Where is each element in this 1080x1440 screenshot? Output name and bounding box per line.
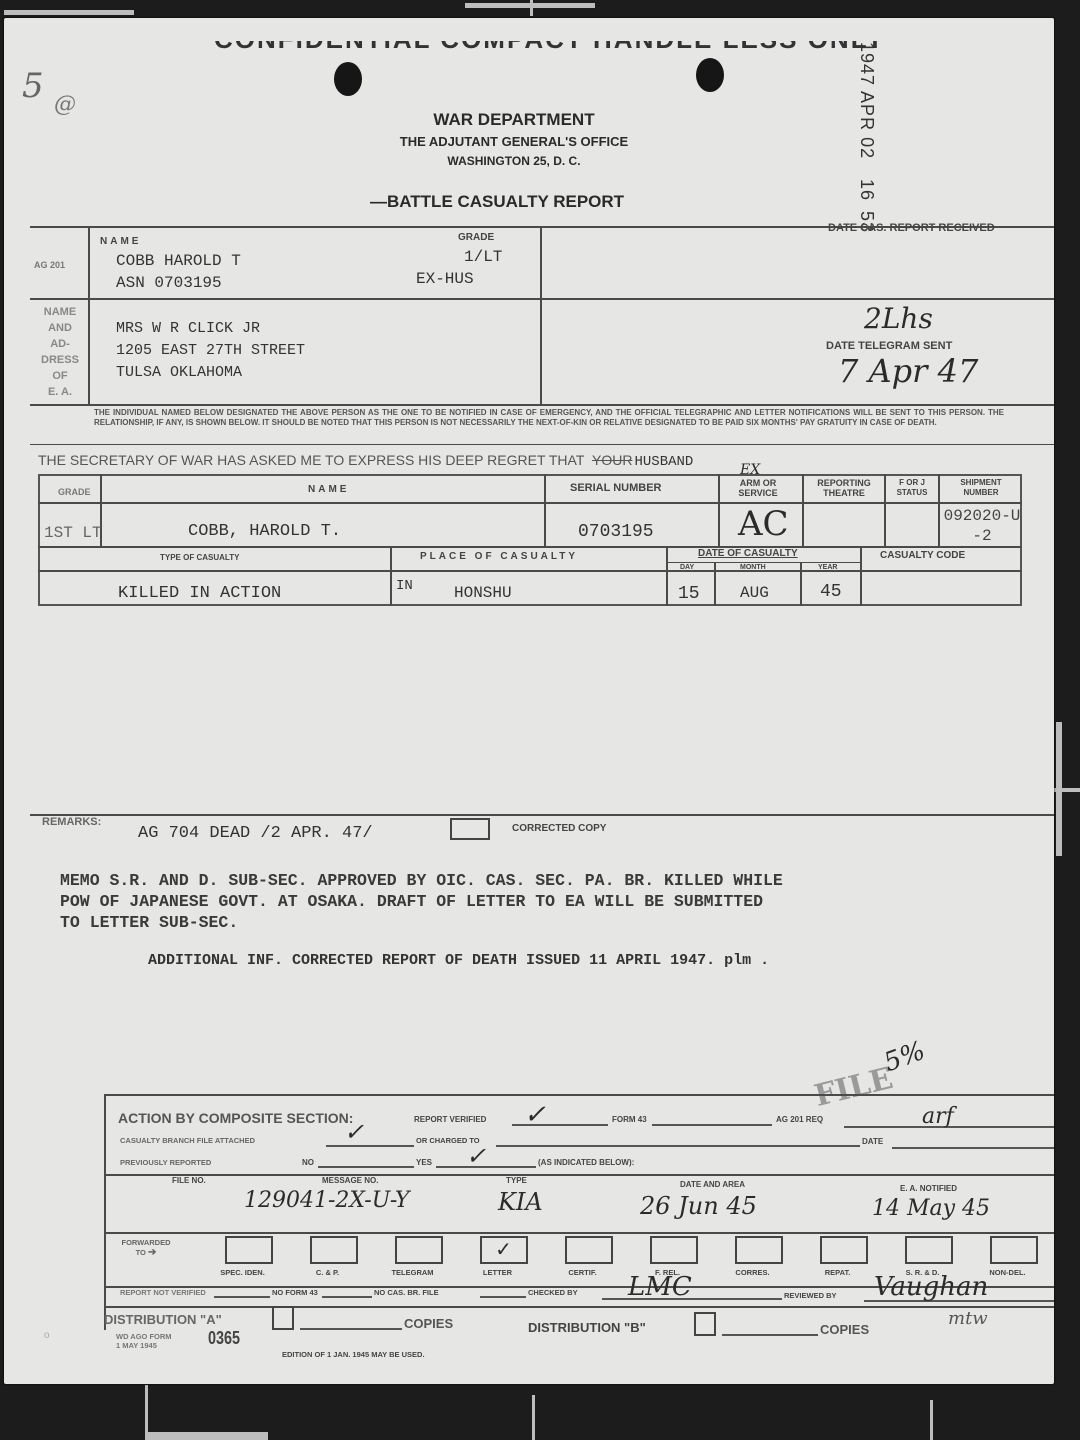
reviewed-by-label: REVIEWED BY — [784, 1291, 837, 1300]
divider — [30, 814, 1054, 816]
no-field[interactable] — [318, 1166, 414, 1168]
divider — [666, 546, 668, 606]
th-code: CASUALTY CODE — [880, 550, 965, 561]
form43-label: FORM 43 — [612, 1115, 647, 1124]
remarks-memo: MEMO S.R. AND D. SUB-SEC. APPROVED BY OI… — [60, 870, 783, 933]
form43-field[interactable] — [652, 1124, 772, 1126]
th-status: F OR J STATUS — [888, 478, 936, 498]
td-arm: AC — [738, 504, 789, 544]
notice-text: THE INDIVIDUAL NAMED BELOW DESIGNATED TH… — [94, 408, 1004, 428]
date-received-label: DATE CAS. REPORT RECEIVED — [828, 222, 995, 234]
action-title: ACTION BY COMPOSITE SECTION: — [118, 1110, 353, 1126]
reviewed-by-value: Vaughan — [874, 1272, 988, 1302]
col-message-no: MESSAGE NO. — [322, 1176, 378, 1185]
office-name: THE ADJUTANT GENERAL'S OFFICE — [304, 134, 724, 149]
punch-hole-right — [696, 58, 724, 92]
arrow-right-icon: ➔ — [148, 1247, 156, 1258]
soldier-asn: ASN 0703195 — [116, 274, 222, 292]
ea-city: TULSA OKLAHOMA — [116, 362, 305, 384]
forward-item-telegram: TELEGRAM — [370, 1236, 455, 1277]
file-stamp: FILE — [811, 1061, 896, 1114]
yes-label: YES — [416, 1158, 432, 1167]
branch-file-field[interactable] — [326, 1145, 414, 1147]
forward-item-cp: C. & P. — [285, 1236, 370, 1277]
divider — [104, 1094, 1054, 1096]
distribution-a-copies-field[interactable] — [300, 1328, 402, 1330]
date-label: DATE — [862, 1137, 883, 1146]
date-telegram-value: 7 Apr 47 — [838, 352, 978, 390]
distribution-a-label: DISTRIBUTION "A" — [104, 1312, 222, 1327]
distribution-a-checkbox[interactable] — [272, 1306, 294, 1330]
no-label: NO — [302, 1158, 314, 1167]
th-shipment: SHIPMENT NUMBER — [942, 478, 1020, 498]
divider — [38, 546, 1022, 548]
corner-mark: 5 — [22, 66, 44, 106]
th-arm: ARM OR SERVICE — [728, 478, 788, 498]
relationship: EX-HUS — [416, 270, 474, 288]
divider — [88, 228, 90, 404]
divider — [390, 546, 392, 606]
relation-word: HUSBAND — [634, 454, 693, 470]
soldier-grade: 1/LT — [464, 248, 502, 266]
forward-item-non-del: NON-DEL. — [965, 1236, 1050, 1277]
col-type: TYPE — [506, 1176, 527, 1185]
bg-rail — [930, 1400, 933, 1440]
bg-rail — [1052, 788, 1080, 792]
divider — [884, 474, 886, 546]
message-no-value: 129041-2X-U-Y — [244, 1188, 409, 1213]
header: WAR DEPARTMENT THE ADJUTANT GENERAL'S OF… — [304, 110, 724, 168]
distribution-b-copies: COPIES — [820, 1322, 869, 1337]
type-value: KIA — [498, 1188, 543, 1216]
stamp-time: 16 — [856, 179, 877, 201]
divider — [718, 474, 720, 546]
stamp-date: 1947 APR 02 — [857, 42, 877, 159]
remarks-additional: ADDITIONAL INF. CORRECTED REPORT OF DEAT… — [148, 952, 769, 969]
grade-label: GRADE — [458, 232, 494, 243]
checked-by-label: CHECKED BY — [528, 1288, 578, 1297]
divider — [802, 474, 804, 546]
footer-mark: o — [44, 1330, 50, 1341]
distribution-b-checkbox[interactable] — [694, 1312, 716, 1336]
checked-by-value: LMC — [628, 1272, 692, 1302]
date-area-value: 26 Jun 45 — [640, 1192, 757, 1220]
ea-label: NAME AND AD- DRESS OF E. A. — [32, 304, 88, 400]
td-serial: 0703195 — [578, 522, 654, 542]
ea-street: 1205 EAST 27TH STREET — [116, 340, 305, 362]
forward-checkbox-checked[interactable]: ✓ — [480, 1236, 528, 1264]
th-serial: SERIAL NUMBER — [570, 482, 661, 494]
distribution-b-label: DISTRIBUTION "B" — [528, 1320, 646, 1335]
office-address: WASHINGTON 25, D. C. — [304, 154, 724, 168]
td-shipment: 092020-U-2 — [942, 506, 1022, 546]
divider — [38, 570, 1022, 572]
remarks-line1: AG 704 DEAD /2 APR. 47/ — [138, 824, 373, 843]
date-telegram-label: DATE TELEGRAM SENT — [826, 340, 952, 352]
casualty-report-page: CONFIDENTIAL COMPACT HANDLE LESS ONLY 5 … — [4, 18, 1054, 1384]
divider — [104, 1094, 106, 1330]
struck-word: YOUR — [592, 452, 632, 468]
corrected-copy-checkbox[interactable] — [450, 818, 490, 840]
distribution-a-copies: COPIES — [404, 1316, 453, 1331]
forward-item-letter: ✓ LETTER — [455, 1236, 540, 1277]
divider — [30, 298, 1054, 300]
no-cas-file-field[interactable] — [480, 1296, 526, 1298]
forward-item-srd: S. R. & D. — [880, 1236, 965, 1277]
bg-rail — [530, 0, 533, 16]
ea-notified-value: 14 May 45 — [872, 1196, 990, 1221]
divider — [938, 474, 940, 546]
td-type: KILLED IN ACTION — [118, 584, 281, 603]
punch-hole-left — [334, 62, 362, 96]
top-cut-text: CONFIDENTIAL COMPACT HANDLE LESS ONLY — [214, 24, 886, 55]
forward-item-f-rel: F. REL. — [625, 1236, 710, 1277]
th-day: DAY — [680, 564, 694, 571]
th-year: YEAR — [818, 564, 837, 571]
th-grade: GRADE — [58, 487, 91, 497]
forward-checkbox[interactable] — [820, 1236, 868, 1264]
distribution-b-copies-field[interactable] — [722, 1334, 818, 1336]
divider — [800, 562, 802, 606]
file-handwritten: 5% — [880, 1036, 929, 1078]
no-form43-label: NO FORM 43 — [272, 1288, 318, 1297]
forwarded-to-label: FORWARDED TO ➔ — [118, 1238, 174, 1258]
divider — [544, 474, 546, 546]
received-stamp: 1947 APR 02 16 53 — [856, 42, 877, 233]
divider — [668, 562, 860, 563]
divider — [104, 1306, 1054, 1308]
no-form43-field[interactable] — [322, 1296, 372, 1298]
no-cas-file-label: NO CAS. BR. FILE — [374, 1288, 439, 1297]
forward-item-repat: REPAT. — [795, 1236, 880, 1277]
date-field[interactable] — [892, 1147, 1054, 1149]
report-verified-label: REPORT VERIFIED — [414, 1115, 486, 1124]
not-verified-field[interactable] — [214, 1296, 270, 1298]
ea-name: MRS W R CLICK JR — [116, 318, 305, 340]
col-ea-notified: E. A. NOTIFIED — [900, 1184, 957, 1193]
corner-circle-mark: @ — [54, 92, 76, 117]
as-indicated-label: (AS INDICATED BELOW): — [538, 1158, 634, 1167]
check-mark: ✓ — [466, 1142, 486, 1170]
th-month: MONTH — [740, 564, 766, 571]
divider — [540, 228, 542, 404]
td-name: COBB, HAROLD T. — [188, 522, 341, 541]
col-date-area: DATE AND AREA — [680, 1180, 745, 1189]
td-place-prefix: IN — [396, 578, 413, 594]
forward-item-certif: CERTIF. — [540, 1236, 625, 1277]
forward-item-spec-iden: SPEC. IDEN. — [200, 1236, 285, 1277]
branch-file-label: CASUALTY BRANCH FILE ATTACHED — [120, 1136, 255, 1145]
th-place: PLACE OF CASUALTY — [420, 551, 578, 562]
divider — [860, 546, 862, 606]
forward-checkbox[interactable] — [905, 1236, 953, 1264]
th-theatre: REPORTING THEATRE — [806, 478, 882, 498]
forward-checkbox[interactable] — [225, 1236, 273, 1264]
divider — [104, 1232, 1054, 1234]
divider — [714, 562, 716, 606]
regret-line: THE SECRETARY OF WAR HAS ASKED ME TO EXP… — [38, 452, 693, 470]
col-file-no: FILE NO. — [172, 1176, 206, 1185]
corrected-copy-label: CORRECTED COPY — [512, 823, 606, 834]
forward-checkbox[interactable] — [565, 1236, 613, 1264]
charged-to-field[interactable] — [496, 1145, 860, 1147]
forward-checkbox[interactable] — [650, 1236, 698, 1264]
divider — [30, 444, 1054, 445]
bg-rail — [148, 1432, 268, 1440]
divider — [30, 404, 1054, 406]
ag201-initials: arf — [922, 1104, 954, 1129]
remarks-label: REMARKS: — [42, 816, 101, 828]
forward-checkbox[interactable] — [990, 1236, 1038, 1264]
divider — [38, 502, 1022, 504]
forward-item-corres: CORRES. — [710, 1236, 795, 1277]
td-place: HONSHU — [454, 584, 512, 602]
reviewed-by-sub: mtw — [948, 1308, 988, 1329]
check-mark: ✓ — [524, 1100, 546, 1130]
td-year: 45 — [820, 582, 842, 602]
soldier-name: COBB HAROLD T — [116, 252, 241, 270]
forward-checkbox[interactable] — [395, 1236, 443, 1264]
divider — [104, 1174, 1054, 1176]
th-name: NAME — [308, 484, 349, 495]
th-date: DATE OF CASUALTY — [698, 548, 798, 559]
forward-checkbox[interactable] — [735, 1236, 783, 1264]
name-label: NAME — [100, 236, 141, 247]
handwritten-initials: 2Lhs — [864, 302, 933, 335]
report-title: —BATTLE CASUALTY REPORT — [370, 192, 624, 212]
ag-label: AG 201 — [34, 260, 65, 270]
th-type: TYPE OF CASUALTY — [160, 553, 239, 562]
department-name: WAR DEPARTMENT — [304, 110, 724, 130]
forward-checkbox[interactable] — [310, 1236, 358, 1264]
bg-rail — [4, 10, 134, 15]
prev-reported-label: PREVIOUSLY REPORTED — [120, 1158, 211, 1167]
check-mark: ✓ — [344, 1118, 364, 1146]
form-number: 0365 — [208, 1328, 240, 1349]
ea-address: MRS W R CLICK JR 1205 EAST 27TH STREET T… — [116, 318, 305, 384]
form-label: WD AGO FORM 1 MAY 1945 — [116, 1332, 172, 1350]
not-verified-label: REPORT NOT VERIFIED — [120, 1288, 206, 1297]
ag201-label: AG 201 REQ — [776, 1115, 823, 1124]
td-day: 15 — [678, 584, 700, 604]
edition-note: EDITION OF 1 JAN. 1945 MAY BE USED. — [282, 1350, 425, 1359]
bg-rail — [532, 1395, 535, 1440]
td-grade: 1ST LT — [44, 524, 102, 542]
td-month: AUG — [740, 584, 769, 602]
